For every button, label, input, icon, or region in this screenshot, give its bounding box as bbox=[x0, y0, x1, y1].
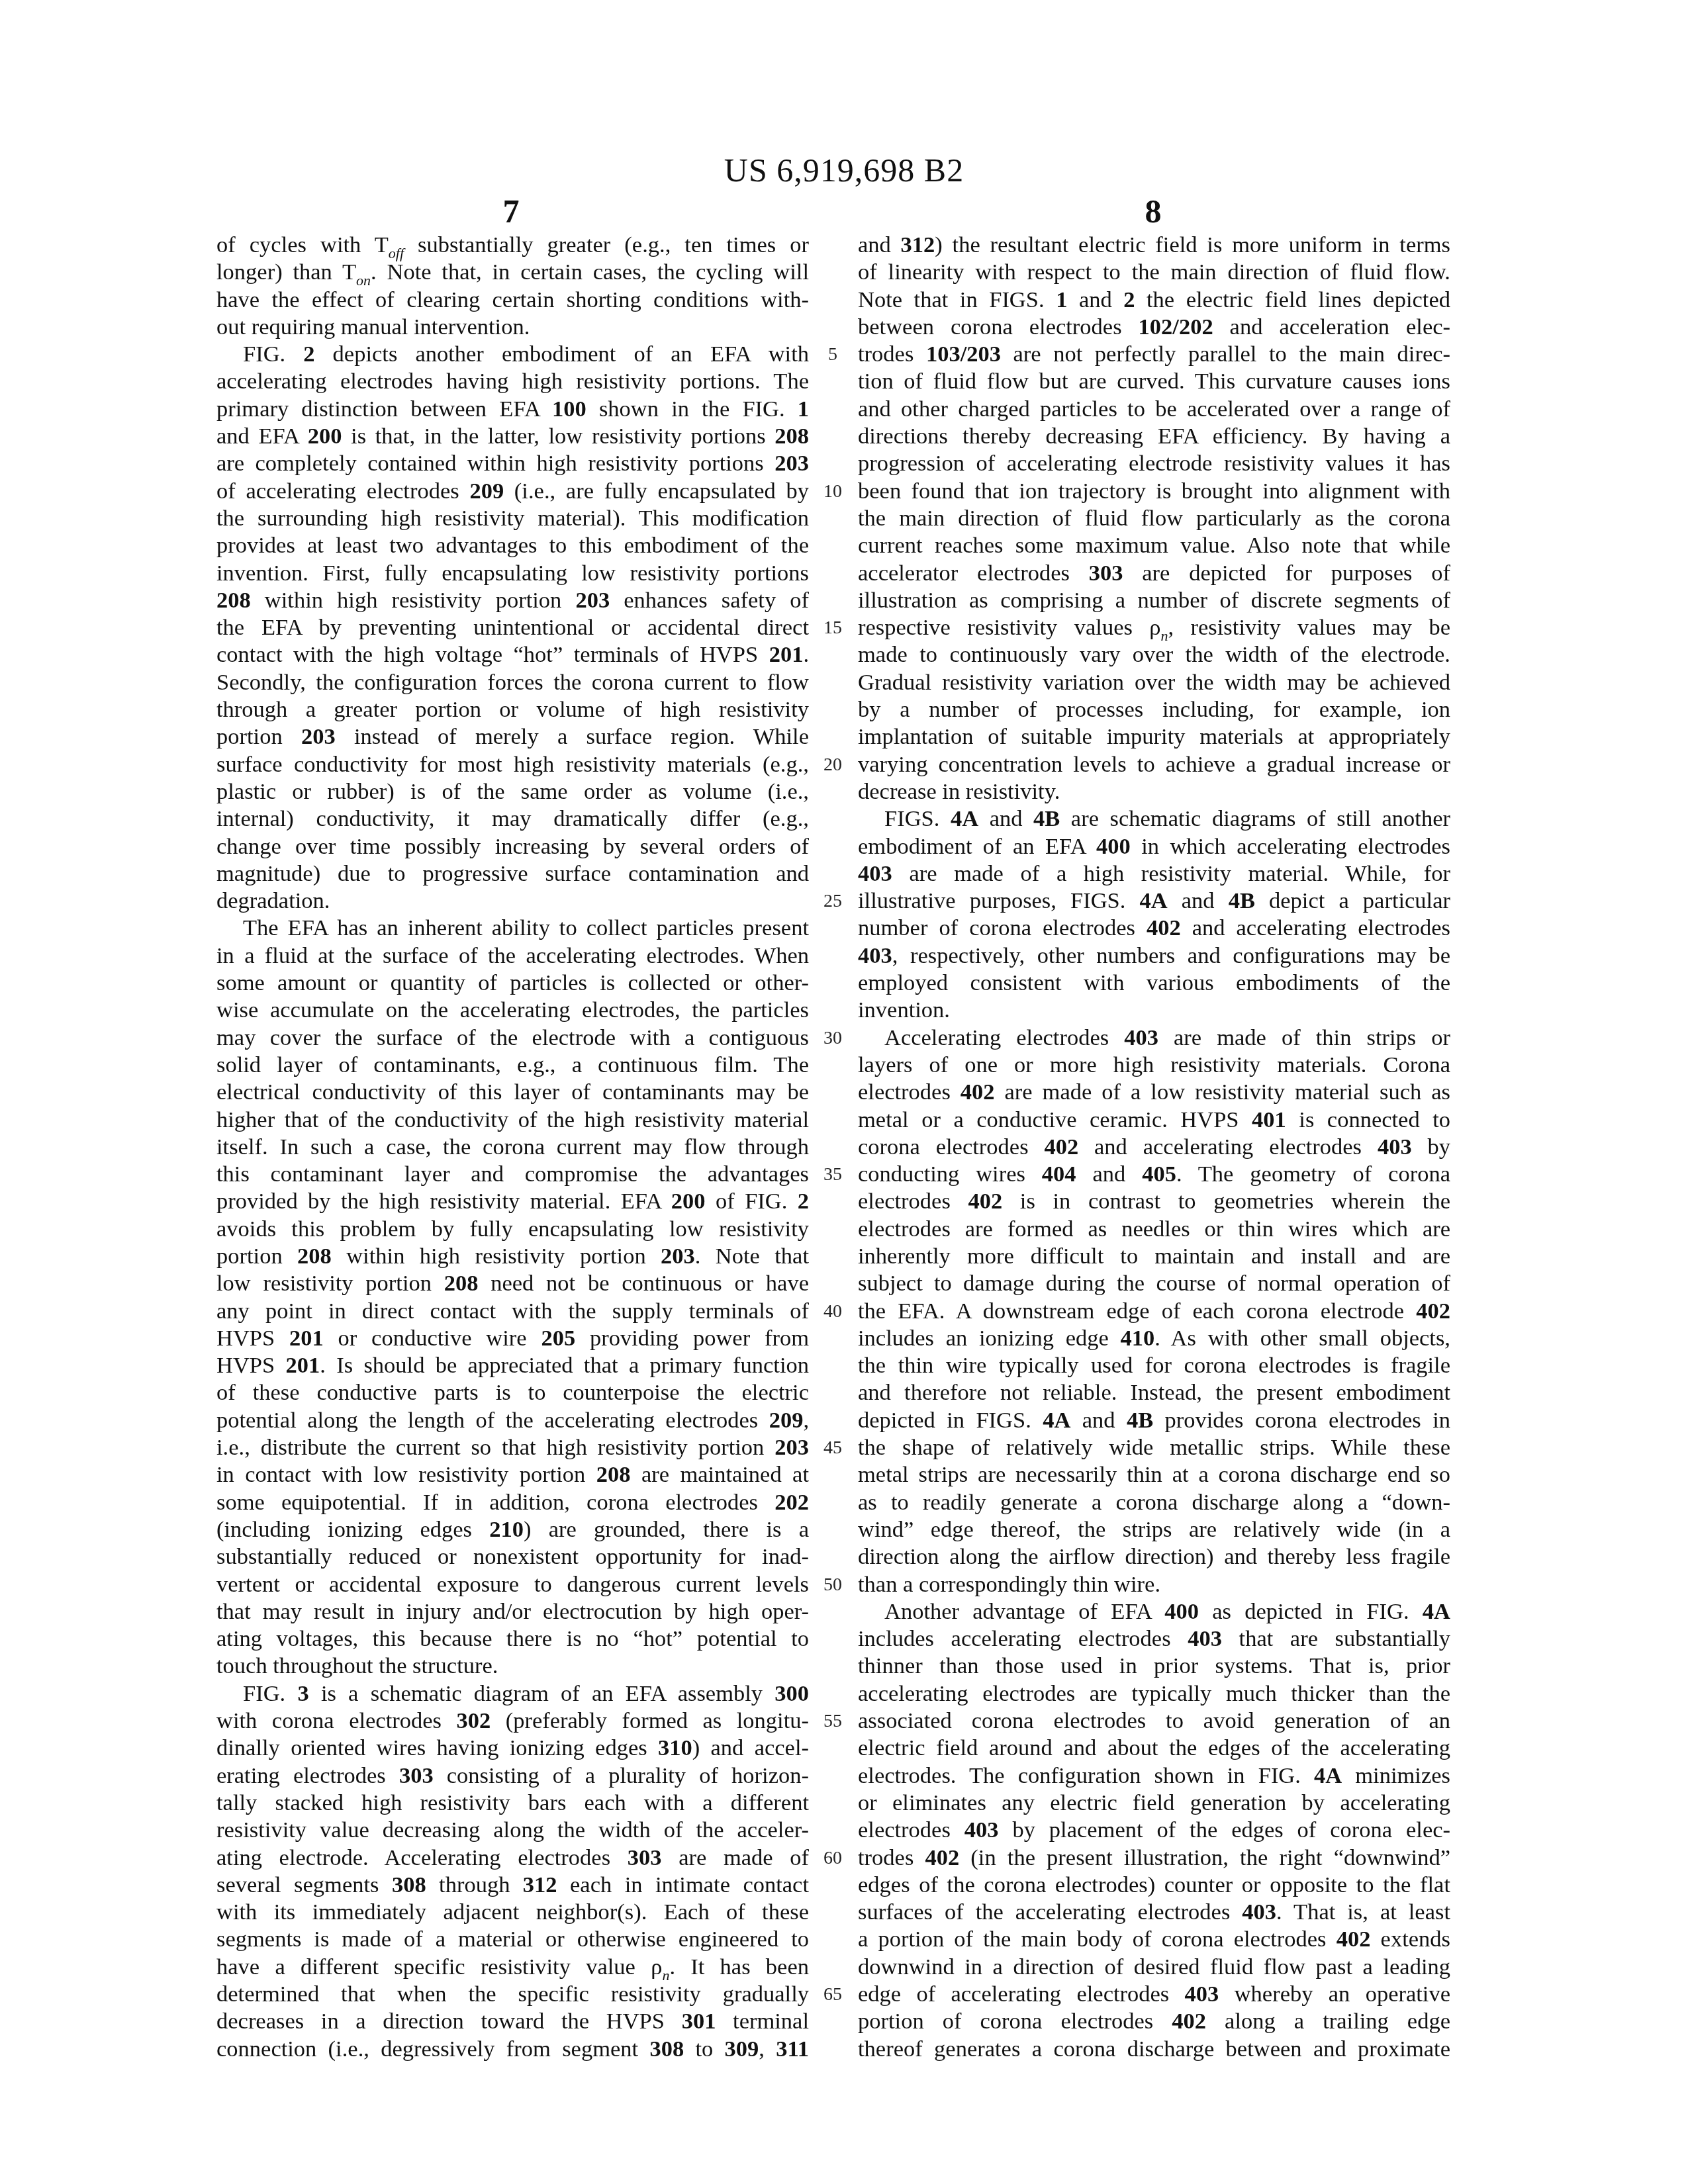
text-line: provided by the high resistivity materia… bbox=[216, 1188, 809, 1215]
reference-numeral: 312 bbox=[523, 1872, 557, 1897]
text-line: i.e., distribute the current so that hig… bbox=[216, 1434, 809, 1461]
text-run: solid layer of contaminants, e.g., a con… bbox=[216, 1052, 809, 1077]
text-line: and other charged particles to be accele… bbox=[858, 396, 1450, 423]
reference-numeral: 309 bbox=[725, 2036, 759, 2062]
reference-numeral: 403 bbox=[1124, 1025, 1158, 1050]
text-run: any point in direct contact with the sup… bbox=[216, 1298, 809, 1324]
text-run: electrodes are formed as needles or thin… bbox=[858, 1216, 1450, 1242]
text-run: current reaches some maximum value. Also… bbox=[858, 533, 1450, 558]
text-run: i.e., distribute the current so that hig… bbox=[216, 1435, 774, 1460]
text-run: erating electrodes bbox=[216, 1763, 399, 1788]
text-run: portion bbox=[216, 724, 301, 749]
text-line: avoids this problem by fully encapsulati… bbox=[216, 1216, 809, 1243]
text-line: accelerating electrodes having high resi… bbox=[216, 368, 809, 395]
text-run: layers of one or more high resistivity m… bbox=[858, 1052, 1450, 1077]
text-run: subject to damage during the course of n… bbox=[858, 1271, 1450, 1296]
reference-numeral: 201 bbox=[289, 1326, 324, 1351]
text-run: , resistivity values may be bbox=[1168, 615, 1450, 640]
text-run: (in the present illustration, the right … bbox=[959, 1845, 1450, 1870]
text-run: within high resistivity portion bbox=[332, 1244, 661, 1269]
text-run: of FIG. bbox=[706, 1189, 798, 1214]
reference-numeral: 400 bbox=[1164, 1599, 1199, 1624]
text-line: trodes 103/203 are not perfectly paralle… bbox=[858, 341, 1450, 368]
reference-numeral: 4B bbox=[1033, 806, 1060, 831]
text-run: employed consistent with various embodim… bbox=[858, 970, 1450, 995]
text-run: enhances safety of bbox=[610, 588, 809, 613]
reference-numeral: 1 bbox=[1056, 287, 1067, 312]
text-run: surfaces of the accelerating electrodes bbox=[858, 1899, 1242, 1925]
text-run: internal) conductivity, it may dramatica… bbox=[216, 806, 809, 831]
text-run: tion of fluid flow but are curved. This … bbox=[858, 369, 1450, 394]
reference-numeral: 208 bbox=[596, 1462, 631, 1487]
text-line: portion 203 instead of merely a surface … bbox=[216, 723, 809, 751]
text-run: with corona electrodes bbox=[216, 1708, 456, 1733]
text-line: are completely contained within high res… bbox=[216, 450, 809, 477]
text-line: trodes 402 (in the present illustration,… bbox=[858, 1844, 1450, 1872]
text-line: provides at least two advantages to this… bbox=[216, 532, 809, 559]
text-run: wise accumulate on the accelerating elec… bbox=[216, 997, 809, 1023]
text-run: the shape of relatively wide metallic st… bbox=[858, 1435, 1450, 1460]
reference-numeral: 402 bbox=[968, 1189, 1002, 1214]
line-number: 60 bbox=[816, 1844, 850, 1872]
text-line: any point in direct contact with the sup… bbox=[216, 1298, 809, 1325]
text-run: electrodes bbox=[858, 1817, 964, 1843]
text-run: several segments bbox=[216, 1872, 392, 1897]
reference-numeral: 4B bbox=[1229, 888, 1255, 913]
text-run: illustrative purposes, FIGS. bbox=[858, 888, 1140, 913]
text-run: are made of a high resistivity material.… bbox=[892, 861, 1450, 886]
text-run: minimizes bbox=[1342, 1763, 1450, 1788]
text-line: electrodes are formed as needles or thin… bbox=[858, 1216, 1450, 1243]
text-line: electric field around and about the edge… bbox=[858, 1735, 1450, 1762]
reference-numeral: 410 bbox=[1120, 1326, 1154, 1351]
text-run: respective resistivity values ρ bbox=[858, 615, 1161, 640]
reference-numeral: 400 bbox=[1096, 834, 1131, 859]
text-line: metal or a conductive ceramic. HVPS 401 … bbox=[858, 1107, 1450, 1134]
text-run: terminal bbox=[716, 2009, 809, 2034]
text-run: by a number of processes including, for … bbox=[858, 697, 1450, 722]
text-run: and other charged particles to be accele… bbox=[858, 396, 1450, 422]
reference-numeral: 2 bbox=[1123, 287, 1135, 312]
text-run: implantation of suitable impurity materi… bbox=[858, 724, 1450, 749]
text-line: ating voltages, this because there is no… bbox=[216, 1625, 809, 1653]
text-line: electrodes 402 is in contrast to geometr… bbox=[858, 1188, 1450, 1215]
text-run: change over time possibly increasing by … bbox=[216, 834, 809, 859]
text-line: electrodes. The configuration shown in F… bbox=[858, 1762, 1450, 1790]
text-run: depict a particular bbox=[1255, 888, 1450, 913]
text-line: the shape of relatively wide metallic st… bbox=[858, 1434, 1450, 1461]
text-run: provided by the high resistivity materia… bbox=[216, 1189, 671, 1214]
text-run: low resistivity portion bbox=[216, 1271, 444, 1296]
text-run: substantially reduced or nonexistent opp… bbox=[216, 1544, 809, 1569]
text-run: with its immediately adjacent neighbor(s… bbox=[216, 1899, 809, 1925]
text-run: downwind in a direction of desired fluid… bbox=[858, 1954, 1450, 1979]
text-run: some equipotential. If in addition, coro… bbox=[216, 1490, 774, 1515]
text-line: 403 are made of a high resistivity mater… bbox=[858, 860, 1450, 887]
text-run: includes an ionizing edge bbox=[858, 1326, 1120, 1351]
text-line: as to readily generate a corona discharg… bbox=[858, 1489, 1450, 1516]
text-run: portion of corona electrodes bbox=[858, 2009, 1172, 2034]
text-run: are completely contained within high res… bbox=[216, 451, 774, 476]
text-line: FIG. 3 is a schematic diagram of an EFA … bbox=[216, 1680, 809, 1707]
text-run: is in contrast to geometries wherein the bbox=[1002, 1189, 1450, 1214]
reference-numeral: 402 bbox=[1172, 2009, 1206, 2034]
text-line: the EFA. A downstream edge of each coron… bbox=[858, 1298, 1450, 1325]
reference-numeral: 303 bbox=[399, 1763, 434, 1788]
text-line: associated corona electrodes to avoid ge… bbox=[858, 1707, 1450, 1735]
text-run: accelerating electrodes are typically mu… bbox=[858, 1681, 1450, 1706]
text-run: degradation. bbox=[216, 888, 330, 913]
text-run: of these conductive parts is to counterp… bbox=[216, 1380, 809, 1405]
text-line: wind” edge thereof, the strips are relat… bbox=[858, 1516, 1450, 1543]
text-run: as to readily generate a corona discharg… bbox=[858, 1490, 1450, 1515]
text-line: the main direction of fluid flow particu… bbox=[858, 505, 1450, 532]
text-run: (including ionizing edges bbox=[216, 1517, 489, 1542]
text-run: . The geometry of corona bbox=[1176, 1161, 1450, 1187]
text-run: directions thereby decreasing EFA effici… bbox=[858, 424, 1450, 449]
text-run: electrodes bbox=[858, 1079, 961, 1105]
text-line: the thin wire typically used for corona … bbox=[858, 1352, 1450, 1379]
text-line: out requiring manual intervention. bbox=[216, 314, 809, 341]
text-run: whereby an operative bbox=[1219, 1981, 1450, 2007]
line-number: 15 bbox=[816, 614, 850, 641]
text-line: tion of fluid flow but are curved. This … bbox=[858, 368, 1450, 395]
text-line: by a number of processes including, for … bbox=[858, 696, 1450, 723]
reference-numeral: 3 bbox=[297, 1681, 308, 1706]
text-line: invention. First, fully encapsulating lo… bbox=[216, 560, 809, 587]
text-line: have a different specific resistivity va… bbox=[216, 1954, 809, 1981]
reference-numeral: 402 bbox=[1044, 1134, 1078, 1160]
text-run: substantially greater (e.g., ten times o… bbox=[404, 232, 809, 257]
text-run: and bbox=[1168, 888, 1229, 913]
text-run: . Is should be appreciated that a primar… bbox=[320, 1353, 809, 1378]
line-number: 50 bbox=[816, 1571, 850, 1598]
text-run: HVPS bbox=[216, 1326, 289, 1351]
text-run: in which accelerating electrodes bbox=[1131, 834, 1450, 859]
text-run: and bbox=[1070, 1408, 1127, 1433]
text-line: inherently more difficult to maintain an… bbox=[858, 1243, 1450, 1270]
text-line: illustration as comprising a number of d… bbox=[858, 587, 1450, 614]
reference-numeral: 4A bbox=[951, 806, 978, 831]
reference-numeral: 303 bbox=[1089, 561, 1123, 586]
text-run: are depicted for purposes of bbox=[1123, 561, 1450, 586]
text-line: have the effect of clearing certain shor… bbox=[216, 287, 809, 314]
text-run: invention. First, fully encapsulating lo… bbox=[216, 561, 809, 586]
text-line: direction along the airflow direction) a… bbox=[858, 1543, 1450, 1570]
text-line: some amount or quantity of particles is … bbox=[216, 970, 809, 997]
text-line: ating electrode. Accelerating electrodes… bbox=[216, 1844, 809, 1872]
text-run: are schematic diagrams of still another bbox=[1060, 806, 1450, 831]
text-line: illustrative purposes, FIGS. 4A and 4B d… bbox=[858, 887, 1450, 915]
reference-numeral: 403 bbox=[964, 1817, 999, 1843]
text-line: directions thereby decreasing EFA effici… bbox=[858, 423, 1450, 450]
text-run: vertent or accidental exposure to danger… bbox=[216, 1572, 809, 1597]
text-run: the surrounding high resistivity materia… bbox=[216, 506, 809, 531]
reference-numeral: 203 bbox=[774, 1435, 809, 1460]
reference-numeral: 403 bbox=[1185, 1981, 1219, 2007]
text-line: between corona electrodes 102/202 and ac… bbox=[858, 314, 1450, 341]
text-run: the electric field lines depicted bbox=[1135, 287, 1450, 312]
text-run: and bbox=[1076, 1161, 1143, 1187]
text-line: edge of accelerating electrodes 403 wher… bbox=[858, 1981, 1450, 2008]
text-line: layers of one or more high resistivity m… bbox=[858, 1052, 1450, 1079]
reference-numeral: 4B bbox=[1127, 1408, 1153, 1433]
text-run: the EFA by preventing unintentional or a… bbox=[216, 615, 809, 640]
reference-numeral: 301 bbox=[682, 2009, 716, 2034]
text-run: contact with the high voltage “hot” term… bbox=[216, 642, 769, 667]
text-line: wise accumulate on the accelerating elec… bbox=[216, 997, 809, 1024]
text-line: includes an ionizing edge 410. As with o… bbox=[858, 1325, 1450, 1352]
line-number: 65 bbox=[816, 1981, 850, 2008]
reference-numeral: 2 bbox=[303, 341, 314, 367]
text-line: surface conductivity for most high resis… bbox=[216, 751, 809, 778]
text-run: tally stacked high resistivity bars each… bbox=[216, 1790, 809, 1815]
text-run: depicts another embodiment of an EFA wit… bbox=[315, 341, 809, 367]
text-line: (including ionizing edges 210) are groun… bbox=[216, 1516, 809, 1543]
text-run: surface conductivity for most high resis… bbox=[216, 752, 809, 777]
text-run: than a correspondingly thin wire. bbox=[858, 1572, 1160, 1597]
text-line: solid layer of contaminants, e.g., a con… bbox=[216, 1052, 809, 1079]
text-run: magnitude) due to progressive surface co… bbox=[216, 861, 809, 886]
text-run: The EFA has an inherent ability to colle… bbox=[243, 915, 809, 940]
text-run: of accelerating electrodes bbox=[216, 478, 469, 504]
text-run: HVPS bbox=[216, 1353, 286, 1378]
text-line: may cover the surface of the electrode w… bbox=[216, 1024, 809, 1052]
text-run: avoids this problem by fully encapsulati… bbox=[216, 1216, 809, 1242]
text-line: low resistivity portion 208 need not be … bbox=[216, 1270, 809, 1297]
text-run: are made of thin strips or bbox=[1158, 1025, 1450, 1050]
reference-numeral: 4A bbox=[1314, 1763, 1342, 1788]
text-line: FIGS. 4A and 4B are schematic diagrams o… bbox=[858, 805, 1450, 833]
text-run: inherently more difficult to maintain an… bbox=[858, 1244, 1450, 1269]
patent-number: US 6,919,698 B2 bbox=[0, 151, 1688, 189]
text-run: in a fluid at the surface of the acceler… bbox=[216, 943, 809, 968]
reference-numeral: 203 bbox=[661, 1244, 695, 1269]
text-line: metal strips are necessarily thin at a c… bbox=[858, 1461, 1450, 1488]
line-number: 55 bbox=[816, 1707, 850, 1735]
text-line: HVPS 201 or conductive wire 205 providin… bbox=[216, 1325, 809, 1352]
text-run: and therefore not reliable. Instead, the… bbox=[858, 1380, 1450, 1405]
reference-numeral: 208 bbox=[774, 424, 809, 449]
reference-numeral: 403 bbox=[858, 861, 892, 886]
text-column-left: of cycles with Toff substantially greate… bbox=[216, 232, 809, 2063]
text-run: of cycles with T bbox=[216, 232, 389, 257]
text-run: Accelerating electrodes bbox=[884, 1025, 1124, 1050]
reference-numeral: 102/202 bbox=[1139, 314, 1213, 340]
text-run: the thin wire typically used for corona … bbox=[858, 1353, 1450, 1378]
text-run: are made of bbox=[662, 1845, 810, 1870]
text-line: includes accelerating electrodes 403 tha… bbox=[858, 1625, 1450, 1653]
text-run: each in intimate contact bbox=[557, 1872, 809, 1897]
text-line: Secondly, the configuration forces the c… bbox=[216, 669, 809, 696]
text-run: the EFA. A downstream edge of each coron… bbox=[858, 1298, 1416, 1324]
text-run: extends bbox=[1370, 1927, 1450, 1952]
text-run: determined that when the specific resist… bbox=[216, 1981, 809, 2007]
text-run: resistivity value decreasing along the w… bbox=[216, 1817, 809, 1843]
text-run: progression of accelerating electrode re… bbox=[858, 451, 1450, 476]
text-line: tally stacked high resistivity bars each… bbox=[216, 1790, 809, 1817]
text-line: portion of corona electrodes 402 along a… bbox=[858, 2008, 1450, 2035]
line-number: 5 bbox=[816, 341, 850, 368]
text-line: and 312) the resultant electric field is… bbox=[858, 232, 1450, 259]
text-run: the main direction of fluid flow particu… bbox=[858, 506, 1450, 531]
text-run: trodes bbox=[858, 1845, 925, 1870]
line-number: 35 bbox=[816, 1161, 850, 1188]
text-line: thereof generates a corona discharge bet… bbox=[858, 2036, 1450, 2063]
text-run: metal strips are necessarily thin at a c… bbox=[858, 1462, 1450, 1487]
text-run: need not be continuous or have bbox=[478, 1271, 809, 1296]
reference-numeral: 402 bbox=[1416, 1298, 1450, 1324]
reference-numeral: 310 bbox=[658, 1735, 692, 1760]
reference-numeral: 210 bbox=[489, 1517, 524, 1542]
reference-numeral: 209 bbox=[469, 478, 504, 504]
text-run: some amount or quantity of particles is … bbox=[216, 970, 809, 995]
text-line: touch throughout the structure. bbox=[216, 1653, 809, 1680]
text-line: in contact with low resistivity portion … bbox=[216, 1461, 809, 1488]
reference-numeral: 402 bbox=[961, 1079, 995, 1105]
text-run: instead of merely a surface region. Whil… bbox=[336, 724, 809, 749]
text-run: , respectively, other numbers and config… bbox=[892, 943, 1450, 968]
text-run: illustration as comprising a number of d… bbox=[858, 588, 1450, 613]
text-run: a portion of the main body of corona ele… bbox=[858, 1927, 1336, 1952]
text-run: metal or a conductive ceramic. HVPS bbox=[858, 1107, 1252, 1132]
text-run: itself. In such a case, the corona curre… bbox=[216, 1134, 809, 1160]
text-line: invention. bbox=[858, 997, 1450, 1024]
text-line: thinner than those used in prior systems… bbox=[858, 1653, 1450, 1680]
text-line: downwind in a direction of desired fluid… bbox=[858, 1954, 1450, 1981]
reference-numeral: 402 bbox=[925, 1845, 959, 1870]
reference-numeral: 404 bbox=[1042, 1161, 1076, 1187]
reference-numeral: 208 bbox=[444, 1271, 479, 1296]
reference-numeral: 302 bbox=[456, 1708, 491, 1733]
text-line: subject to damage during the course of n… bbox=[858, 1270, 1450, 1297]
reference-numeral: 311 bbox=[776, 2036, 809, 2062]
text-run: edge of accelerating electrodes bbox=[858, 1981, 1185, 2007]
text-run: Secondly, the configuration forces the c… bbox=[216, 670, 809, 695]
text-run: . It has been bbox=[669, 1954, 809, 1979]
text-line: the EFA by preventing unintentional or a… bbox=[216, 614, 809, 641]
text-run: or eliminates any electric field generat… bbox=[858, 1790, 1450, 1815]
reference-numeral: 201 bbox=[286, 1353, 320, 1378]
text-run: ating electrode. Accelerating electrodes bbox=[216, 1845, 628, 1870]
text-run: have a different specific resistivity va… bbox=[216, 1954, 662, 1979]
text-line: of accelerating electrodes 209 (i.e., ar… bbox=[216, 478, 809, 505]
text-run: connection (i.e., degressively from segm… bbox=[216, 2036, 649, 2062]
reference-numeral: 203 bbox=[301, 724, 336, 749]
text-line: HVPS 201. Is should be appreciated that … bbox=[216, 1352, 809, 1379]
text-line: 403, respectively, other numbers and con… bbox=[858, 942, 1450, 970]
text-run: primary distinction between EFA bbox=[216, 396, 552, 422]
reference-numeral: 209 bbox=[769, 1408, 804, 1433]
text-run: direction along the airflow direction) a… bbox=[858, 1544, 1450, 1569]
text-run: (preferably formed as longitu- bbox=[491, 1708, 809, 1733]
text-run: and accelerating electrodes bbox=[1181, 915, 1450, 940]
text-line: contact with the high voltage “hot” term… bbox=[216, 641, 809, 668]
text-run: along a trailing edge bbox=[1206, 2009, 1450, 2034]
line-number: 40 bbox=[816, 1298, 850, 1325]
text-line: longer) than Ton. Note that, in certain … bbox=[216, 259, 809, 286]
reference-numeral: 203 bbox=[575, 588, 610, 613]
text-line: in a fluid at the surface of the acceler… bbox=[216, 942, 809, 970]
text-run: have the effect of clearing certain shor… bbox=[216, 287, 809, 312]
text-line: connection (i.e., degressively from segm… bbox=[216, 2036, 809, 2063]
text-line: potential along the length of the accele… bbox=[216, 1407, 809, 1434]
text-run: been found that ion trajectory is brough… bbox=[858, 478, 1450, 504]
text-line: current reaches some maximum value. Also… bbox=[858, 532, 1450, 559]
text-line: Gradual resistivity variation over the w… bbox=[858, 669, 1450, 696]
text-line: through a greater portion or volume of h… bbox=[216, 696, 809, 723]
reference-numeral: 402 bbox=[1336, 1927, 1371, 1952]
text-run: , bbox=[759, 2036, 776, 2062]
text-line: portion 208 within high resistivity port… bbox=[216, 1243, 809, 1270]
reference-numeral: 208 bbox=[216, 588, 251, 613]
text-run: providing power from bbox=[575, 1326, 809, 1351]
text-run: that are substantially bbox=[1222, 1626, 1450, 1651]
text-run: ) are grounded, there is a bbox=[524, 1517, 809, 1542]
text-line: resistivity value decreasing along the w… bbox=[216, 1817, 809, 1844]
text-run: (i.e., are fully encapsulated by bbox=[504, 478, 809, 504]
text-line: substantially reduced or nonexistent opp… bbox=[216, 1543, 809, 1570]
text-line: higher that of the conductivity of the h… bbox=[216, 1107, 809, 1134]
reference-numeral: 303 bbox=[628, 1845, 662, 1870]
text-run: corona electrodes bbox=[858, 1134, 1044, 1160]
text-line: magnitude) due to progressive surface co… bbox=[216, 860, 809, 887]
text-line: the surrounding high resistivity materia… bbox=[216, 505, 809, 532]
text-run: electrodes bbox=[858, 1189, 968, 1214]
text-run: decrease in resistivity. bbox=[858, 779, 1060, 804]
text-run: that may result in injury and/or electro… bbox=[216, 1599, 809, 1624]
text-run: accelerator electrodes bbox=[858, 561, 1089, 586]
text-line: or eliminates any electric field generat… bbox=[858, 1790, 1450, 1817]
reference-numeral: 4A bbox=[1423, 1599, 1450, 1624]
text-line: plastic or rubber) is of the same order … bbox=[216, 778, 809, 805]
text-line: embodiment of an EFA 400 in which accele… bbox=[858, 833, 1450, 860]
text-line: internal) conductivity, it may dramatica… bbox=[216, 805, 809, 833]
text-run: number of corona electrodes bbox=[858, 915, 1147, 940]
text-run: electrical conductivity of this layer of… bbox=[216, 1079, 809, 1105]
text-run: and EFA bbox=[216, 424, 308, 449]
text-run: . bbox=[803, 642, 809, 667]
text-line: vertent or accidental exposure to danger… bbox=[216, 1571, 809, 1598]
text-column-right: and 312) the resultant electric field is… bbox=[858, 232, 1450, 2063]
text-run: . Note that, in certain cases, the cycli… bbox=[371, 259, 809, 285]
text-line: than a correspondingly thin wire. bbox=[858, 1571, 1450, 1598]
text-line: segments is made of a material or otherw… bbox=[216, 1926, 809, 1953]
text-run: within high resistivity portion bbox=[251, 588, 576, 613]
reference-numeral: 200 bbox=[671, 1189, 706, 1214]
text-run: by bbox=[1412, 1134, 1450, 1160]
text-line: of linearity with respect to the main di… bbox=[858, 259, 1450, 286]
text-run: . That is, at least bbox=[1276, 1899, 1450, 1925]
text-run: electrodes. The configuration shown in F… bbox=[858, 1763, 1314, 1788]
reference-numeral: 103/203 bbox=[926, 341, 1001, 367]
text-line: some equipotential. If in addition, coro… bbox=[216, 1489, 809, 1516]
text-line: 208 within high resistivity portion 203 … bbox=[216, 587, 809, 614]
column-number-right: 8 bbox=[1133, 192, 1173, 230]
text-line: been found that ion trajectory is brough… bbox=[858, 478, 1450, 505]
text-run: includes accelerating electrodes bbox=[858, 1626, 1188, 1651]
text-line: FIG. 2 depicts another embodiment of an … bbox=[216, 341, 809, 368]
text-run: electric field around and about the edge… bbox=[858, 1735, 1450, 1760]
text-line: several segments 308 through 312 each in… bbox=[216, 1872, 809, 1899]
text-line: and EFA 200 is that, in the latter, low … bbox=[216, 423, 809, 450]
text-run: is connected to bbox=[1286, 1107, 1450, 1132]
text-line: conducting wires 404 and 405. The geomet… bbox=[858, 1161, 1450, 1188]
text-run: conducting wires bbox=[858, 1161, 1042, 1187]
reference-numeral: 403 bbox=[1242, 1899, 1276, 1925]
reference-numeral: 202 bbox=[774, 1490, 809, 1515]
reference-numeral: 405 bbox=[1142, 1161, 1176, 1187]
